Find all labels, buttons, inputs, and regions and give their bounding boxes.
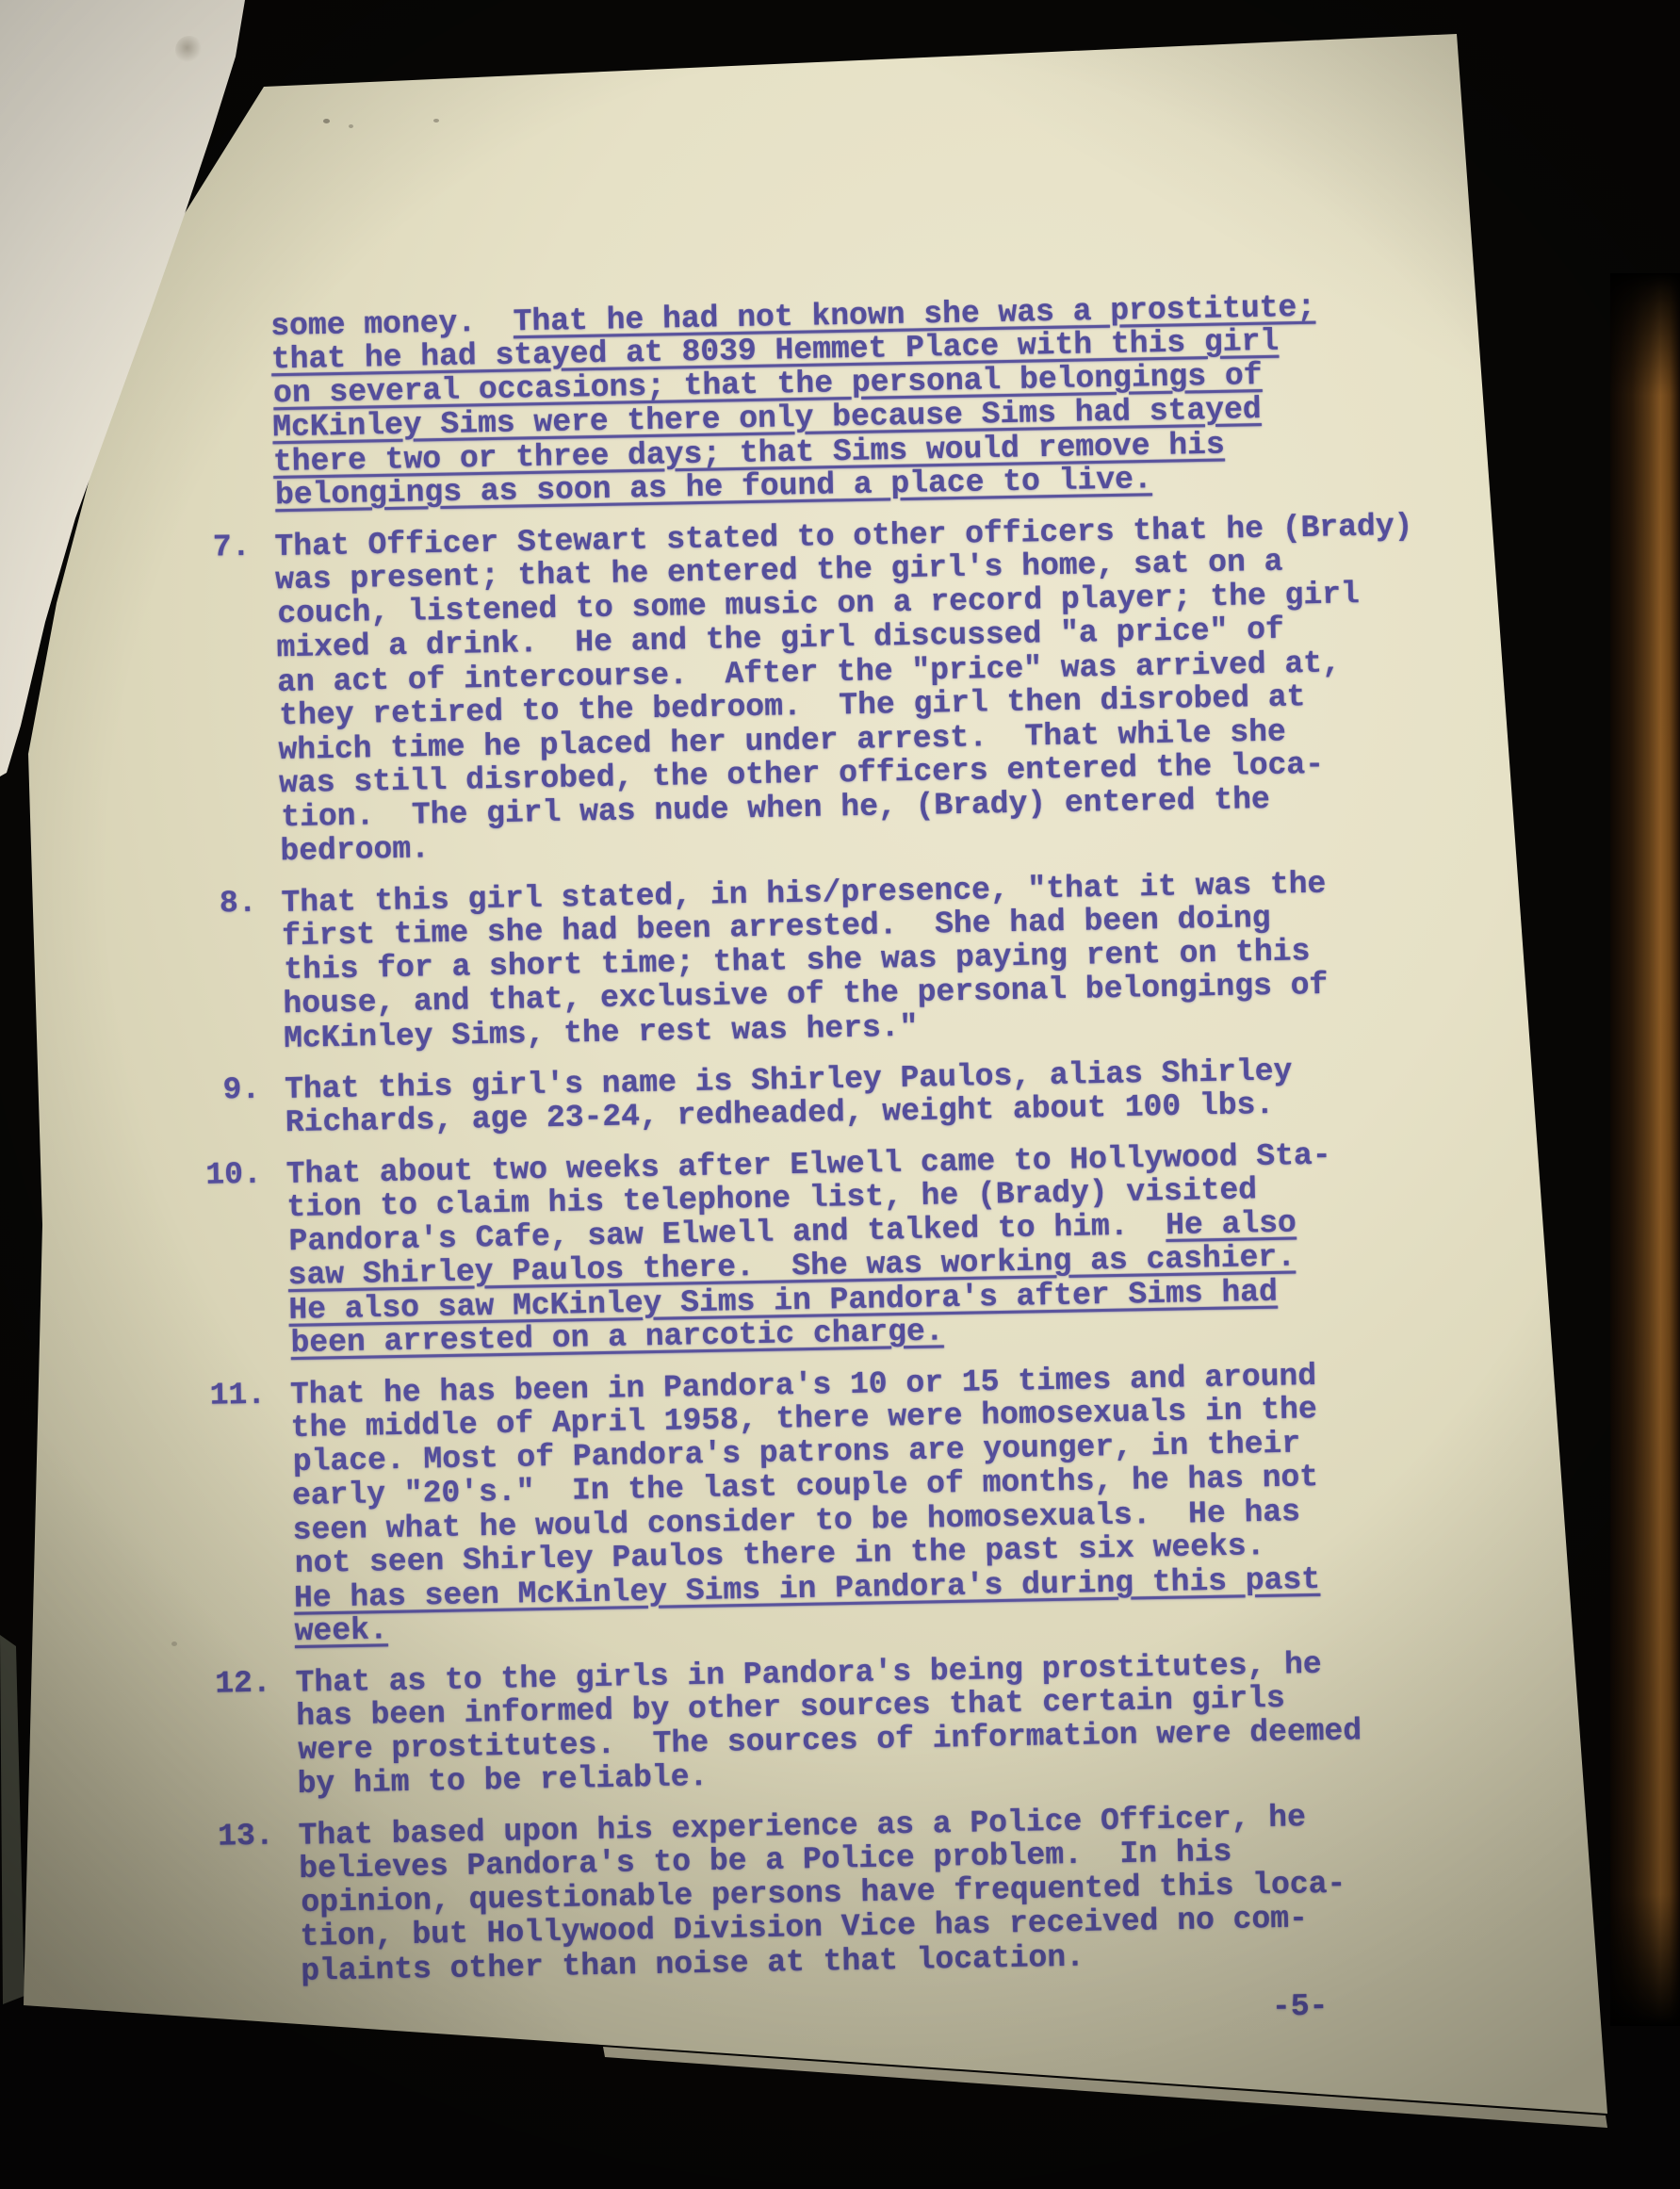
paragraph: 9.That this girl's name is Shirley Paulo…: [198, 1051, 1452, 1141]
paper-speck: [433, 119, 439, 123]
paragraph-number: [184, 309, 274, 515]
paragraph-number: 11.: [204, 1378, 295, 1651]
paragraph-body: That this girl stated, in his/presence, …: [281, 865, 1450, 1056]
typed-text-segment: some money.: [270, 304, 514, 344]
paragraph-body: That he has been in Pandora's 10 or 15 t…: [290, 1356, 1461, 1649]
paragraph-body: That Officer Stewart stated to other off…: [274, 509, 1446, 870]
paragraph-number: 13.: [211, 1819, 301, 1990]
wood-table-edge: [1610, 273, 1680, 2026]
paragraph-number: 12.: [208, 1666, 298, 1804]
paragraph: 10.That about two weeks after Elwell cam…: [199, 1135, 1456, 1362]
paragraph-body: That this girl's name is Shirley Paulos,…: [285, 1051, 1452, 1140]
page-number: -5-: [1272, 1989, 1329, 2024]
paragraph: some money. That he had not known she wa…: [184, 288, 1441, 515]
paper-speck: [349, 124, 353, 128]
paragraph-number: 8.: [194, 886, 284, 1057]
paragraph-body: That as to the girls in Pandora's being …: [295, 1644, 1463, 1802]
paragraph-body: some money. That he had not known she wa…: [270, 288, 1441, 514]
paper-speck: [171, 1642, 177, 1646]
paragraph: 7.That Officer Stewart stated to other o…: [188, 509, 1446, 871]
photo-background: some money. That he had not known she wa…: [0, 0, 1680, 2189]
paragraph-number: 7.: [188, 530, 281, 871]
paragraph-number: 9.: [198, 1072, 285, 1142]
typed-text-segment: week.: [294, 1612, 388, 1649]
paragraph: 11.That he has been in Pandora's 10 or 1…: [204, 1356, 1461, 1650]
typed-text-segment: He also: [1166, 1206, 1297, 1244]
paragraph-body: That based upon his experience as a Poli…: [298, 1797, 1467, 1988]
paper-speck: [323, 119, 330, 123]
paragraph: 12.That as to the girls in Pandora's bei…: [208, 1644, 1463, 1803]
typed-text-segment: bedroom.: [280, 831, 430, 869]
paragraph: 8.That this girl stated, in his/presence…: [194, 865, 1450, 1057]
document-page: some money. That he had not known she wa…: [0, 0, 1680, 2189]
typed-text-block: some money. That he had not known she wa…: [184, 288, 1468, 2007]
paragraph-body: That about two weeks after Elwell came t…: [285, 1135, 1456, 1361]
paragraph: 13.That based upon his experience as a P…: [211, 1797, 1467, 1989]
paragraph-number: 10.: [199, 1157, 289, 1363]
paper-dent: [175, 36, 204, 64]
